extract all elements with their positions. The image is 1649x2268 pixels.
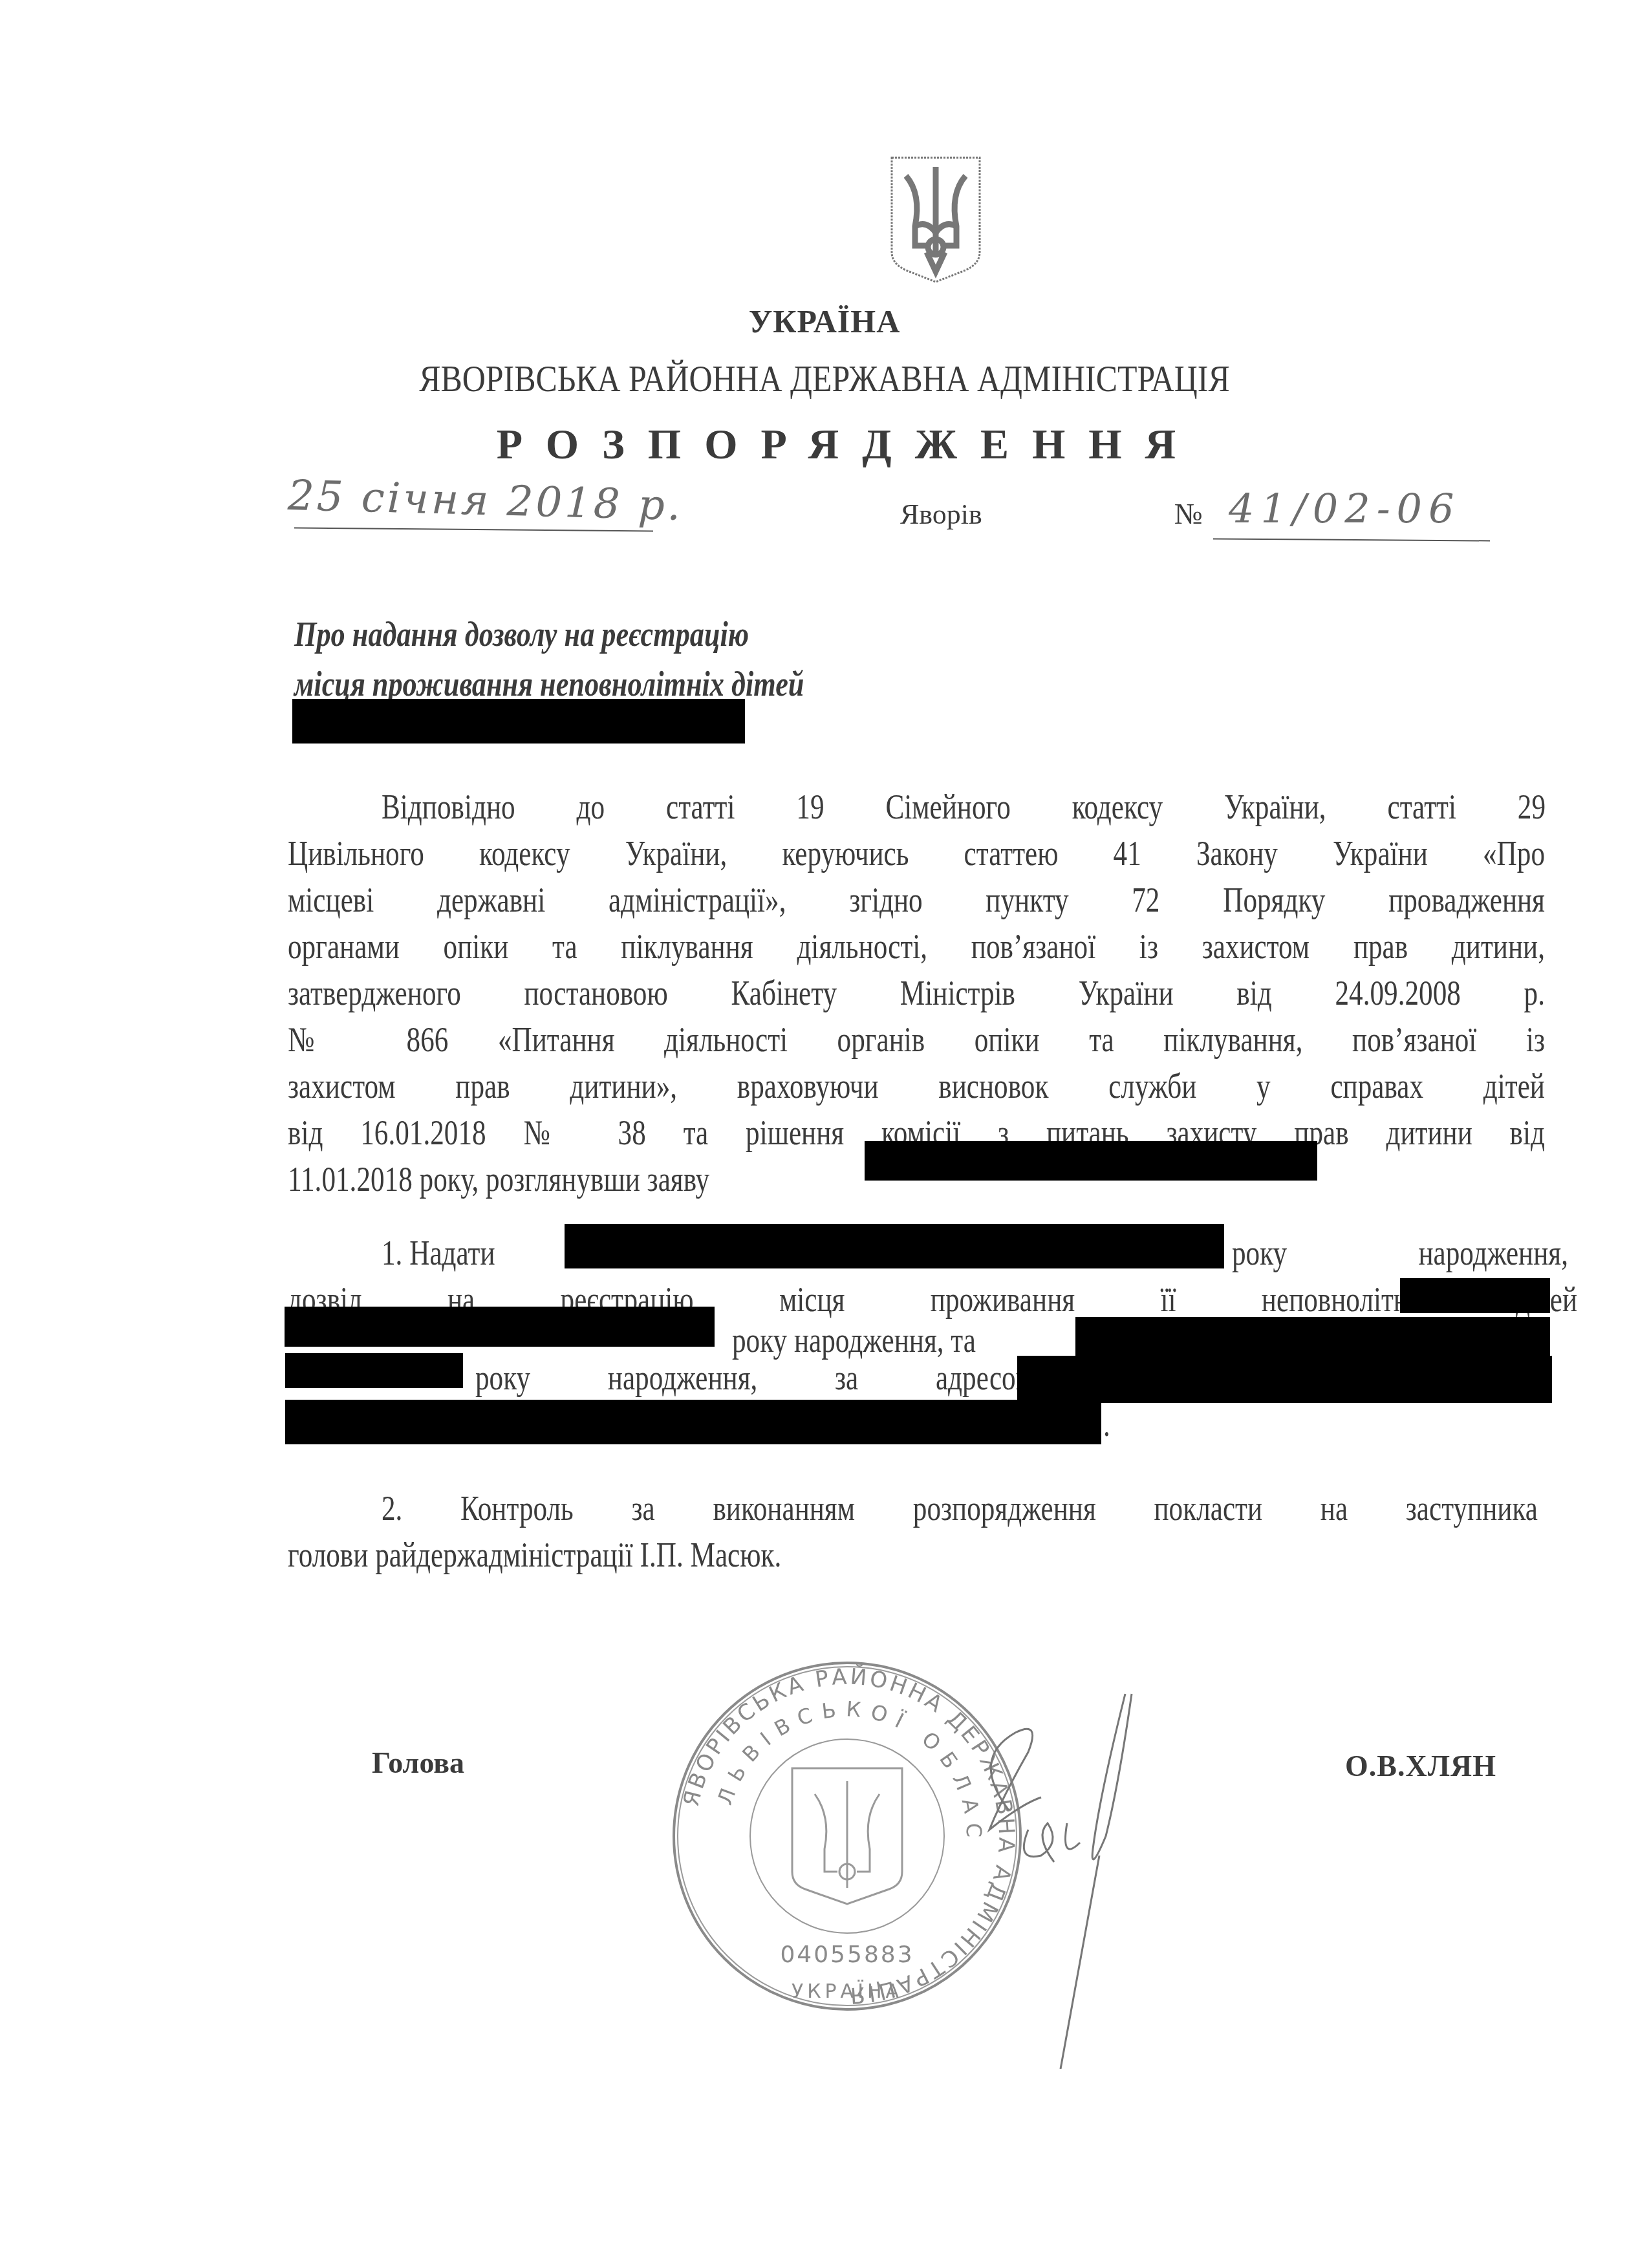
redaction-bar [1017,1356,1552,1403]
redaction-bar [292,699,745,744]
signatory-title: Голова [372,1746,464,1780]
svg-text:УКРАЇНА: УКРАЇНА [792,1980,903,2003]
organization-name: ЯВОРІВСЬКА РАЙОННА ДЕРЖАВНА АДМІНІСТРАЦІ… [116,357,1534,400]
redaction-bar [865,1141,1317,1181]
country-heading: УКРАЇНА [0,303,1649,340]
preamble-line: захистом прав дитини», враховуючи виснов… [288,1065,1545,1107]
document-type-title: РОЗПОРЯДЖЕННЯ [0,420,1649,469]
preamble-line: місцеві державні адміністрації», згідно … [288,879,1545,921]
redaction-bar [1400,1278,1550,1313]
preamble-line: Цивільного кодексу України, керуючись ст… [288,832,1545,875]
redaction-bar [285,1400,1101,1444]
redaction-bar [565,1224,1224,1268]
handwritten-date: 25 січня 2018 р. [287,472,684,530]
preamble-line: № 866 «Питання діяльності органів опіки … [288,1018,1545,1061]
subject-line-1: Про надання дозволу на реєстрацію [294,614,749,654]
preamble-line: органами опіки та піклування діяльності,… [288,925,1545,968]
redaction-bar [285,1307,715,1347]
subject-line-2: місця проживання неповнолітніх дітей [294,664,804,704]
stamp-trident-icon [792,1768,902,1904]
item2-line1: 2. Контроль за виконанням розпорядження … [382,1487,1538,1530]
redaction-bar [285,1353,463,1388]
preamble-line: затвердженого постановою Кабінету Мініст… [288,972,1545,1014]
number-underline [1213,539,1490,542]
handwritten-document-number: 41/02-06 [1229,485,1461,532]
handwritten-signature [931,1668,1242,2069]
redaction-bar [1075,1317,1550,1356]
item2-line2: голови райдержадміністрації І.П. Масюк. [288,1534,1297,1576]
item1-period: . [1103,1403,1649,1446]
item1-birth-year-label: року народження, [1232,1232,1568,1274]
preamble-line: Відповідно до статті 19 Сімейного кодекс… [382,786,1546,828]
item1-line4-suffix: року народження, за адресою: [475,1356,1044,1399]
signatory-name: О.В.ХЛЯН [1345,1749,1496,1783]
place-of-issue: Яворів [900,498,982,531]
number-sign: № [1174,497,1203,531]
svg-text:04055883: 04055883 [780,1942,914,1968]
trident-coat-of-arms-icon [888,155,984,284]
